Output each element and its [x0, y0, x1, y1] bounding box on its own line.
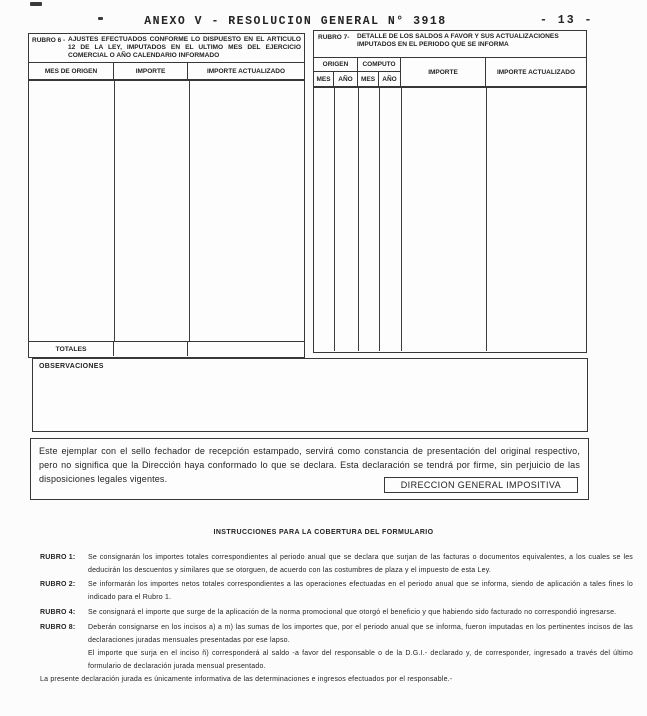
rubro6-column-headers: MES DE ORIGEN IMPORTE IMPORTE ACTUALIZAD… — [29, 63, 304, 81]
column-divider — [334, 88, 335, 351]
instruction-rubro2-text: Se informarán los importes netos totales… — [88, 578, 633, 604]
instruction-rubro8: RUBRO 8: Deberán consignarse en los inci… — [40, 621, 633, 673]
rubro6-table: RUBRO 6 - AJUSTES EFECTUADOS CONFORME LO… — [28, 33, 305, 358]
rubro6-totals-row: TOTALES — [29, 341, 304, 356]
rubro6-totales-label: TOTALES — [29, 342, 114, 356]
rubro7-group-computo: COMPUTO — [358, 58, 401, 72]
rubro7-col-ano-origen: AÑO — [334, 72, 358, 86]
rubro6-title: AJUSTES EFECTUADOS CONFORME LO DISPUESTO… — [68, 34, 304, 60]
observaciones-box: OBSERVACIONES — [32, 358, 588, 432]
rubro6-header: RUBRO 6 - AJUSTES EFECTUADOS CONFORME LO… — [29, 34, 304, 63]
column-divider — [358, 88, 359, 351]
rubro7-col-mes-computo: MES — [358, 72, 379, 86]
page-number: - 13 - — [540, 14, 593, 27]
rubro7-group-origen: ORIGEN — [314, 58, 358, 72]
instruction-rubro2-label: RUBRO 2: — [40, 578, 75, 591]
rubro7-col-importe: IMPORTE — [401, 58, 486, 86]
rubro7-table: RUBRO 7- DETALLE DE LOS SALDOS A FAVOR Y… — [313, 30, 587, 353]
instruction-rubro1: RUBRO 1: Se consignarán los importes tot… — [40, 551, 633, 577]
rubro6-col-mes-de-origen: MES DE ORIGEN — [29, 63, 114, 79]
rubro7-label: RUBRO 7- — [318, 34, 349, 41]
rubro7-body-empty — [314, 88, 586, 351]
rubro7-column-headers: ORIGEN COMPUTO MES AÑO MES AÑO IMPORTE I… — [314, 58, 586, 88]
scan-artifact — [30, 2, 42, 6]
instruction-rubro4-text: Se consignará el importe que surge de la… — [88, 606, 633, 619]
instruction-rubro2: RUBRO 2: Se informarán los importes neto… — [40, 578, 633, 604]
instruction-rubro1-text: Se consignarán los importes totales corr… — [88, 551, 633, 577]
instruction-rubro8-label: RUBRO 8: — [40, 621, 75, 634]
column-divider — [189, 81, 190, 341]
declaration-footer-note: La presente declaración jurada es únicam… — [40, 676, 452, 683]
instruction-rubro4: RUBRO 4: Se consignará el importe que su… — [40, 606, 633, 619]
direccion-general-impositiva-stamp: DIRECCION GENERAL IMPOSITIVA — [384, 477, 578, 493]
column-divider — [401, 88, 402, 351]
instructions-heading: INSTRUCCIONES PARA LA COBERTURA DEL FORM… — [0, 529, 647, 536]
legal-statement-box: Este ejemplar con el sello fechador de r… — [30, 438, 589, 500]
rubro7-title: DETALLE DE LOS SALDOS A FAVOR Y SUS ACTU… — [357, 31, 586, 49]
page-title: ANEXO V - RESOLUCION GENERAL N° 3918 — [0, 15, 619, 28]
rubro7-col-importe-actualizado: IMPORTE ACTUALIZADO — [486, 58, 586, 86]
instruction-rubro8-text2: El importe que surja en el inciso ñ) cor… — [88, 647, 633, 673]
instruction-rubro4-label: RUBRO 4: — [40, 606, 75, 619]
rubro7-col-ano-computo: AÑO — [379, 72, 401, 86]
rubro6-col-importe: IMPORTE — [114, 63, 188, 79]
rubro6-totales-importe-cell — [114, 342, 188, 356]
rubro7-col-mes-origen: MES — [314, 72, 334, 86]
instruction-rubro8-text: Deberán consignarse en los incisos a) a … — [88, 621, 633, 647]
instruction-rubro1-label: RUBRO 1: — [40, 551, 75, 564]
rubro6-totales-importe-actualizado-cell — [188, 342, 304, 356]
rubro6-body-empty — [29, 81, 304, 341]
column-divider — [114, 81, 115, 341]
rubro6-label: RUBRO 6 - — [32, 37, 65, 44]
rubro6-col-importe-actualizado: IMPORTE ACTUALIZADO — [188, 63, 304, 79]
column-divider — [486, 88, 487, 351]
observaciones-label: OBSERVACIONES — [33, 359, 587, 370]
rubro7-header: RUBRO 7- DETALLE DE LOS SALDOS A FAVOR Y… — [314, 31, 586, 58]
scanned-form-page: ANEXO V - RESOLUCION GENERAL N° 3918 - 1… — [0, 0, 647, 716]
column-divider — [379, 88, 380, 351]
